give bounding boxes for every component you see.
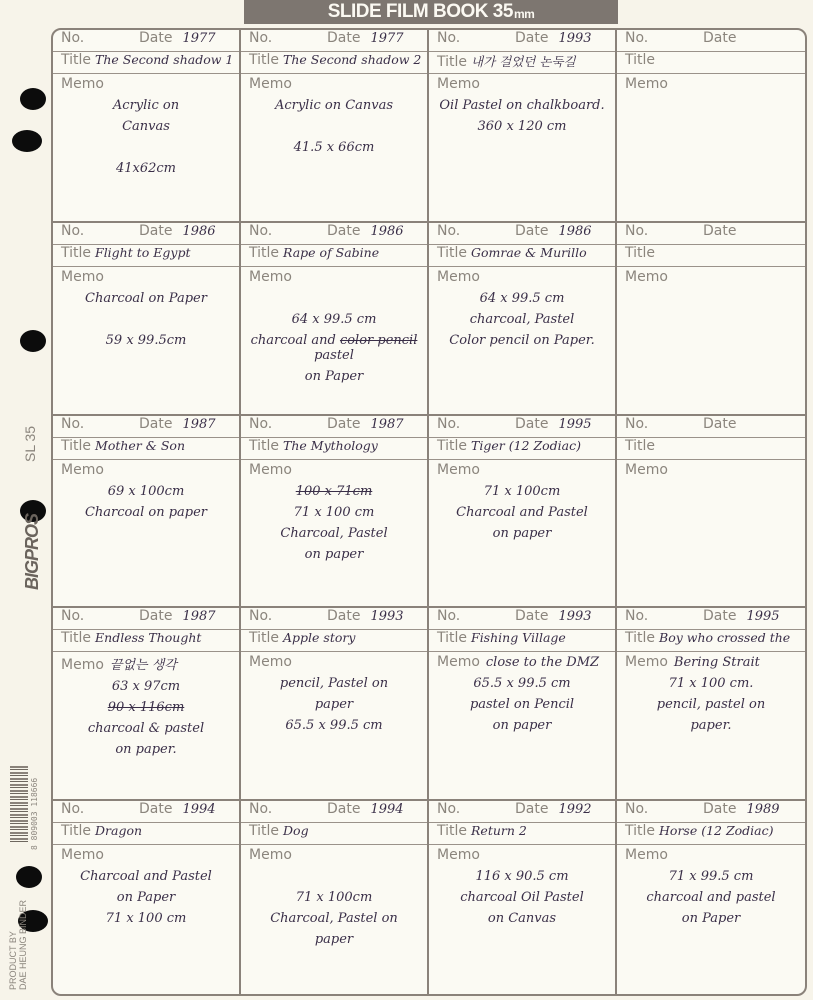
- memo-line: on paper.: [61, 742, 231, 757]
- date-label: Date: [515, 416, 548, 432]
- slot-header-row: No. Date: [617, 416, 805, 438]
- date-label: Date: [703, 416, 736, 432]
- memo-line: charcoal and pastel: [625, 890, 797, 905]
- date-value[interactable]: 1987: [182, 609, 215, 624]
- title-value[interactable]: Flight to Egypt: [95, 245, 190, 260]
- no-label: No.: [437, 416, 515, 432]
- title-label: Title: [249, 438, 279, 454]
- memo-notes: Acrylic onCanvas 41x62cm: [61, 98, 231, 176]
- memo-line: on Canvas: [437, 911, 607, 926]
- memo-area[interactable]: Memo Acrylic on Canvas 41.5 x 66cm: [241, 74, 427, 221]
- slot-title-row: Title Fishing Village: [429, 630, 615, 652]
- memo-line: [249, 291, 419, 306]
- memo-line: [61, 312, 231, 327]
- memo-line: Color pencil on Paper.: [437, 333, 607, 348]
- date-value[interactable]: 1994: [370, 802, 403, 817]
- memo-area[interactable]: Memo Oil Pastel on chalkboard.360 x 120 …: [429, 74, 615, 221]
- memo-line: 71 x 100 cm: [249, 505, 419, 520]
- date-label: Date: [703, 223, 736, 239]
- memo-area[interactable]: Memo 64 x 99.5 cmcharcoal, PastelColor p…: [429, 267, 615, 414]
- slide-slot: No. Date 1986 Title Gomrae & Murillo Mem…: [429, 223, 617, 416]
- slot-title-row: Title: [617, 52, 805, 74]
- memo-label: Memo: [249, 269, 292, 285]
- slot-header-row: No. Date 1977: [241, 30, 427, 52]
- memo-notes: 64 x 99.5 cmcharcoal, PastelColor pencil…: [437, 291, 607, 348]
- slot-title-row: Title Tiger (12 Zodiac): [429, 438, 615, 460]
- memo-notes: 71 x 99.5 cmcharcoal and pastelon Paper: [625, 869, 797, 926]
- title-value[interactable]: The Mythology: [283, 438, 378, 453]
- memo-label: Memo: [625, 847, 668, 863]
- slot-header-row: No. Date: [617, 30, 805, 52]
- memo-line: Charcoal, Pastel: [249, 526, 419, 541]
- memo-line: on paper: [249, 547, 419, 562]
- date-label: Date: [139, 801, 172, 817]
- memo-line: 64 x 99.5 cm: [249, 312, 419, 327]
- slide-slot: No. Date 1987 Title The Mythology Memo 1…: [241, 416, 429, 609]
- date-label: Date: [515, 223, 548, 239]
- memo-area[interactable]: Memo: [617, 267, 805, 414]
- memo-notes: 71 x 100 cm.pencil, pastel onpaper.: [625, 676, 797, 733]
- date-label: Date: [327, 608, 360, 624]
- slot-header-row: No. Date 1993: [429, 30, 615, 52]
- memo-line: Charcoal, Pastel on: [249, 911, 419, 926]
- date-value[interactable]: 1989: [746, 802, 779, 817]
- memo-line: on paper: [437, 718, 607, 733]
- title-label: Title: [249, 245, 279, 261]
- title-label: Title: [61, 52, 91, 68]
- memo-area[interactable]: Memo 71 x 99.5 cmcharcoal and pastelon P…: [617, 845, 805, 994]
- memo-area[interactable]: Memo 71 x 100cmCharcoal, Pastel onpaper: [241, 845, 427, 994]
- title-value[interactable]: Dog: [283, 823, 309, 838]
- banner-unit: mm: [514, 7, 534, 21]
- title-label: Title: [625, 823, 655, 839]
- no-label: No.: [437, 801, 515, 817]
- memo-line: 71 x 100 cm.: [625, 676, 797, 691]
- memo-line: 64 x 99.5 cm: [437, 291, 607, 306]
- title-value[interactable]: Endless Thought: [95, 630, 201, 645]
- slot-header-row: No. Date 1992: [429, 801, 615, 823]
- title-value[interactable]: The Second shadow 2: [283, 52, 421, 67]
- slot-header-row: No. Date 1995: [429, 416, 615, 438]
- memo-area[interactable]: Memo pencil, Pastel onpaper65.5 x 99.5 c…: [241, 652, 427, 799]
- slide-slot: No. Date 1992 Title Return 2 Memo 116 x …: [429, 801, 617, 994]
- date-value[interactable]: 1995: [558, 417, 591, 432]
- date-label: Date: [703, 30, 736, 46]
- slide-slot: No. Date 1986 Title Rape of Sabine Memo …: [241, 223, 429, 416]
- slot-title-row: Title Endless Thought: [53, 630, 239, 652]
- memo-line: 71 x 100cm: [249, 890, 419, 905]
- memo-line: 71 x 100cm: [437, 484, 607, 499]
- title-value[interactable]: Mother & Son: [95, 438, 185, 453]
- memo-area[interactable]: Memo 71 x 100cmCharcoal and Pastelon pap…: [429, 460, 615, 607]
- title-value[interactable]: Horse (12 Zodiac): [659, 823, 773, 838]
- no-label: No.: [625, 30, 703, 46]
- memo-line: pastel on Pencil: [437, 697, 607, 712]
- binder-hole-icon: [16, 866, 42, 888]
- date-value[interactable]: 1986: [182, 224, 215, 239]
- title-value[interactable]: Dragon: [95, 823, 142, 838]
- date-value[interactable]: 1977: [182, 31, 215, 46]
- no-label: No.: [61, 223, 139, 239]
- memo-line: Canvas: [61, 119, 231, 134]
- slot-title-row: Title Apple story: [241, 630, 427, 652]
- memo-line: Charcoal and Pastel: [61, 869, 231, 884]
- slot-title-row: Title The Mythology: [241, 438, 427, 460]
- memo-line: 116 x 90.5 cm: [437, 869, 607, 884]
- date-label: Date: [327, 223, 360, 239]
- memo-line: Charcoal on paper: [61, 505, 231, 520]
- no-label: No.: [437, 30, 515, 46]
- title-label: Title: [437, 823, 467, 839]
- slide-slot: No. Date 1993 Title Apple story Memo pen…: [241, 608, 429, 801]
- slot-title-row: Title Flight to Egypt: [53, 245, 239, 267]
- date-value[interactable]: 1993: [370, 609, 403, 624]
- memo-label: Memo: [625, 269, 668, 285]
- no-label: No.: [437, 223, 515, 239]
- memo-line: Charcoal on Paper: [61, 291, 231, 306]
- date-value[interactable]: 1986: [558, 224, 591, 239]
- memo-label: Memo: [625, 654, 668, 670]
- maker-label: PRODUCT BY DAE HEUNG BINDER: [8, 900, 28, 990]
- title-label: Title: [61, 438, 91, 454]
- memo-line: pencil, Pastel on: [249, 676, 419, 691]
- title-value[interactable]: Gomrae & Murillo: [471, 245, 587, 260]
- slot-header-row: No. Date 1994: [241, 801, 427, 823]
- slide-slot: No. Date Title Memo: [617, 30, 805, 223]
- slide-slot: No. Date 1993 Title Fishing Village Memo…: [429, 608, 617, 801]
- slide-slot: No. Date 1987 Title Endless Thought Memo…: [53, 608, 241, 801]
- memo-notes: 71 x 100cmCharcoal and Pastelon paper: [437, 484, 607, 541]
- memo-inline-note: close to the DMZ: [486, 655, 599, 670]
- slot-title-row: Title Horse (12 Zodiac): [617, 823, 805, 845]
- slot-header-row: No. Date 1986: [53, 223, 239, 245]
- memo-line: charcoal and color pencil pastel: [249, 333, 419, 363]
- title-label: Title: [61, 245, 91, 261]
- slot-title-row: Title Rape of Sabine: [241, 245, 427, 267]
- slot-header-row: No. Date 1987: [241, 416, 427, 438]
- binder-hole-icon: [20, 88, 46, 110]
- date-label: Date: [515, 801, 548, 817]
- date-label: Date: [515, 30, 548, 46]
- title-value[interactable]: The Second shadow 1: [95, 52, 233, 67]
- memo-label: Memo: [61, 462, 104, 478]
- slot-header-row: No. Date: [617, 223, 805, 245]
- slot-header-row: No. Date 1987: [53, 608, 239, 630]
- date-label: Date: [139, 608, 172, 624]
- slot-header-row: No. Date 1987: [53, 416, 239, 438]
- slide-slot: No. Date 1995 Title Boy who crossed the …: [617, 608, 805, 801]
- slide-slot: No. Date 1977 Title The Second shadow 1 …: [53, 30, 241, 223]
- title-label: Title: [625, 52, 655, 68]
- slide-slot: No. Date 1994 Title Dog Memo 71 x 100cmC…: [241, 801, 429, 994]
- slot-title-row: Title Dog: [241, 823, 427, 845]
- memo-label: Memo: [61, 657, 104, 673]
- slide-sheet: No. Date 1977 Title The Second shadow 1 …: [51, 28, 807, 996]
- memo-line: on Paper: [61, 890, 231, 905]
- title-label: Title: [61, 630, 91, 646]
- memo-label: Memo: [249, 76, 292, 92]
- memo-line: paper: [249, 932, 419, 947]
- memo-label: Memo: [437, 654, 480, 670]
- title-label: Title: [625, 630, 655, 646]
- slide-slot: No. Date Title Memo: [617, 416, 805, 609]
- memo-area[interactable]: Memo 끝없는 생각 63 x 97cm90 x 116cmcharcoal …: [53, 652, 239, 799]
- memo-label: Memo: [437, 462, 480, 478]
- no-label: No.: [625, 608, 703, 624]
- memo-notes: Oil Pastel on chalkboard.360 x 120 cm: [437, 98, 607, 134]
- memo-line: 65.5 x 99.5 cm: [437, 676, 607, 691]
- memo-area[interactable]: Memo 64 x 99.5 cmcharcoal and color penc…: [241, 267, 427, 414]
- memo-label: Memo: [437, 269, 480, 285]
- memo-line: [249, 119, 419, 134]
- memo-label: Memo: [61, 269, 104, 285]
- memo-label: Memo: [625, 462, 668, 478]
- date-label: Date: [327, 801, 360, 817]
- slot-title-row: Title The Second shadow 1: [53, 52, 239, 74]
- memo-notes: pencil, Pastel onpaper65.5 x 99.5 cm: [249, 676, 419, 733]
- date-label: Date: [515, 608, 548, 624]
- title-value[interactable]: Boy who crossed the: [659, 630, 790, 645]
- slot-title-row: Title 내가 걸었던 논둑길: [429, 52, 615, 74]
- date-value[interactable]: 1986: [370, 224, 403, 239]
- slot-title-row: Title Gomrae & Murillo: [429, 245, 615, 267]
- memo-notes: Acrylic on Canvas 41.5 x 66cm: [249, 98, 419, 155]
- memo-label: Memo: [625, 76, 668, 92]
- memo-area[interactable]: Memo close to the DMZ 65.5 x 99.5 cmpast…: [429, 652, 615, 799]
- memo-area[interactable]: Memo 116 x 90.5 cmcharcoal Oil Pastelon …: [429, 845, 615, 994]
- memo-line: 65.5 x 99.5 cm: [249, 718, 419, 733]
- memo-label: Memo: [61, 847, 104, 863]
- memo-notes: 100 x 71cm71 x 100 cmCharcoal, Pastelon …: [249, 484, 419, 562]
- date-value[interactable]: 1977: [370, 31, 403, 46]
- no-label: No.: [249, 223, 327, 239]
- date-label: Date: [139, 30, 172, 46]
- no-label: No.: [61, 30, 139, 46]
- title-value[interactable]: 내가 걸었던 논둑길: [471, 52, 576, 70]
- title-value[interactable]: Return 2: [471, 823, 527, 838]
- title-label: Title: [249, 630, 279, 646]
- memo-line: 90 x 116cm: [61, 700, 231, 715]
- title-value[interactable]: Tiger (12 Zodiac): [471, 438, 581, 453]
- memo-line: 63 x 97cm: [61, 679, 231, 694]
- memo-line: 69 x 100cm: [61, 484, 231, 499]
- memo-line: pencil, pastel on: [625, 697, 797, 712]
- barcode-icon: [10, 766, 28, 842]
- page-banner: SLIDE FILM BOOK 35mm: [244, 0, 618, 24]
- memo-area[interactable]: Memo Bering Strait 71 x 100 cm.pencil, p…: [617, 652, 805, 799]
- memo-label: Memo: [249, 654, 292, 670]
- memo-label: Memo: [249, 847, 292, 863]
- no-label: No.: [61, 801, 139, 817]
- date-value[interactable]: 1995: [746, 609, 779, 624]
- memo-line: 71 x 99.5 cm: [625, 869, 797, 884]
- slot-header-row: No. Date 1986: [429, 223, 615, 245]
- memo-line: on Paper: [249, 369, 419, 384]
- title-label: Title: [249, 52, 279, 68]
- memo-notes: Charcoal on Paper 59 x 99.5cm: [61, 291, 231, 348]
- slot-title-row: Title Return 2: [429, 823, 615, 845]
- slot-title-row: Title: [617, 245, 805, 267]
- title-value[interactable]: Rape of Sabine: [283, 245, 379, 260]
- memo-label: Memo: [437, 847, 480, 863]
- slide-slot: No. Date 1989 Title Horse (12 Zodiac) Me…: [617, 801, 805, 994]
- slot-header-row: No. Date 1993: [429, 608, 615, 630]
- slot-header-row: No. Date 1989: [617, 801, 805, 823]
- slot-title-row: Title Mother & Son: [53, 438, 239, 460]
- brand-logo: BIGPROS: [22, 514, 43, 590]
- title-label: Title: [625, 245, 655, 261]
- no-label: No.: [625, 223, 703, 239]
- slide-slot: No. Date 1995 Title Tiger (12 Zodiac) Me…: [429, 416, 617, 609]
- memo-line: Acrylic on: [61, 98, 231, 113]
- date-value[interactable]: 1994: [182, 802, 215, 817]
- memo-area[interactable]: Memo 100 x 71cm71 x 100 cmCharcoal, Past…: [241, 460, 427, 607]
- memo-line: Charcoal and Pastel: [437, 505, 607, 520]
- slot-title-row: Title: [617, 438, 805, 460]
- binder-hole-icon: [12, 130, 42, 152]
- title-label: Title: [625, 438, 655, 454]
- memo-notes: 63 x 97cm90 x 116cmcharcoal & pastelon p…: [61, 679, 231, 757]
- memo-line: 59 x 99.5cm: [61, 333, 231, 348]
- no-label: No.: [625, 801, 703, 817]
- memo-area[interactable]: Memo Acrylic onCanvas 41x62cm: [53, 74, 239, 221]
- memo-label: Memo: [437, 76, 480, 92]
- slide-slot: No. Date Title Memo: [617, 223, 805, 416]
- slide-slot: No. Date 1994 Title Dragon Memo Charcoal…: [53, 801, 241, 994]
- slide-slot: No. Date 1993 Title 내가 걸었던 논둑길 Memo Oil …: [429, 30, 617, 223]
- memo-area[interactable]: Memo 69 x 100cmCharcoal on paper: [53, 460, 239, 607]
- slot-header-row: No. Date 1994: [53, 801, 239, 823]
- slot-header-row: No. Date 1995: [617, 608, 805, 630]
- memo-line: 360 x 120 cm: [437, 119, 607, 134]
- memo-line: Acrylic on Canvas: [249, 98, 419, 113]
- date-label: Date: [139, 416, 172, 432]
- memo-line: charcoal, Pastel: [437, 312, 607, 327]
- slide-slot: No. Date 1977 Title The Second shadow 2 …: [241, 30, 429, 223]
- binder-hole-icon: [20, 330, 46, 352]
- slide-slot: No. Date 1986 Title Flight to Egypt Memo…: [53, 223, 241, 416]
- memo-line: on paper: [437, 526, 607, 541]
- no-label: No.: [61, 608, 139, 624]
- memo-area[interactable]: Memo: [617, 460, 805, 607]
- memo-line: charcoal & pastel: [61, 721, 231, 736]
- title-label: Title: [61, 823, 91, 839]
- memo-notes: Charcoal and Pastelon Paper71 x 100 cm: [61, 869, 231, 926]
- memo-area[interactable]: Memo Charcoal on Paper 59 x 99.5cm: [53, 267, 239, 414]
- memo-line: 41x62cm: [61, 161, 231, 176]
- slot-title-row: Title The Second shadow 2: [241, 52, 427, 74]
- memo-line: paper: [249, 697, 419, 712]
- memo-line: [249, 869, 419, 884]
- memo-label: Memo: [249, 462, 292, 478]
- slot-header-row: No. Date 1993: [241, 608, 427, 630]
- date-value[interactable]: 1992: [558, 802, 591, 817]
- memo-area[interactable]: Memo Charcoal and Pastelon Paper71 x 100…: [53, 845, 239, 994]
- memo-line: 41.5 x 66cm: [249, 140, 419, 155]
- memo-notes: 65.5 x 99.5 cmpastel on Pencilon paper: [437, 676, 607, 733]
- memo-line: 71 x 100 cm: [61, 911, 231, 926]
- slot-title-row: Title Boy who crossed the: [617, 630, 805, 652]
- date-label: Date: [703, 801, 736, 817]
- memo-line: on Paper: [625, 911, 797, 926]
- memo-inline-note: 끝없는 생각: [110, 654, 177, 673]
- date-value[interactable]: 1987: [370, 417, 403, 432]
- memo-line: [61, 140, 231, 155]
- date-value[interactable]: 1993: [558, 609, 591, 624]
- no-label: No.: [61, 416, 139, 432]
- title-label: Title: [437, 630, 467, 646]
- no-label: No.: [437, 608, 515, 624]
- memo-inline-note: Bering Strait: [674, 655, 760, 670]
- no-label: No.: [249, 416, 327, 432]
- memo-label: Memo: [61, 76, 104, 92]
- no-label: No.: [625, 416, 703, 432]
- date-value[interactable]: 1993: [558, 31, 591, 46]
- title-value[interactable]: Apple story: [283, 630, 355, 645]
- model-label: SL 35: [22, 426, 38, 462]
- slot-header-row: No. Date 1986: [241, 223, 427, 245]
- barcode-number: 8 809003 118666: [30, 778, 39, 850]
- title-label: Title: [437, 245, 467, 261]
- memo-area[interactable]: Memo: [617, 74, 805, 221]
- memo-notes: 64 x 99.5 cmcharcoal and color pencil pa…: [249, 291, 419, 384]
- no-label: No.: [249, 608, 327, 624]
- date-label: Date: [139, 223, 172, 239]
- title-label: Title: [249, 823, 279, 839]
- memo-notes: 116 x 90.5 cmcharcoal Oil Pastelon Canva…: [437, 869, 607, 926]
- memo-line: Oil Pastel on chalkboard.: [437, 98, 607, 113]
- date-value[interactable]: 1987: [182, 417, 215, 432]
- memo-line: 100 x 71cm: [249, 484, 419, 499]
- memo-line: paper.: [625, 718, 797, 733]
- title-label: Title: [437, 438, 467, 454]
- title-label: Title: [437, 54, 467, 70]
- date-label: Date: [327, 30, 360, 46]
- slot-title-row: Title Dragon: [53, 823, 239, 845]
- no-label: No.: [249, 801, 327, 817]
- date-label: Date: [327, 416, 360, 432]
- memo-notes: 71 x 100cmCharcoal, Pastel onpaper: [249, 869, 419, 947]
- date-label: Date: [703, 608, 736, 624]
- memo-notes: 69 x 100cmCharcoal on paper: [61, 484, 231, 520]
- slot-header-row: No. Date 1977: [53, 30, 239, 52]
- no-label: No.: [249, 30, 327, 46]
- memo-line: charcoal Oil Pastel: [437, 890, 607, 905]
- slide-slot: No. Date 1987 Title Mother & Son Memo 69…: [53, 416, 241, 609]
- title-value[interactable]: Fishing Village: [471, 630, 566, 645]
- banner-title: SLIDE FILM BOOK 35: [328, 1, 513, 23]
